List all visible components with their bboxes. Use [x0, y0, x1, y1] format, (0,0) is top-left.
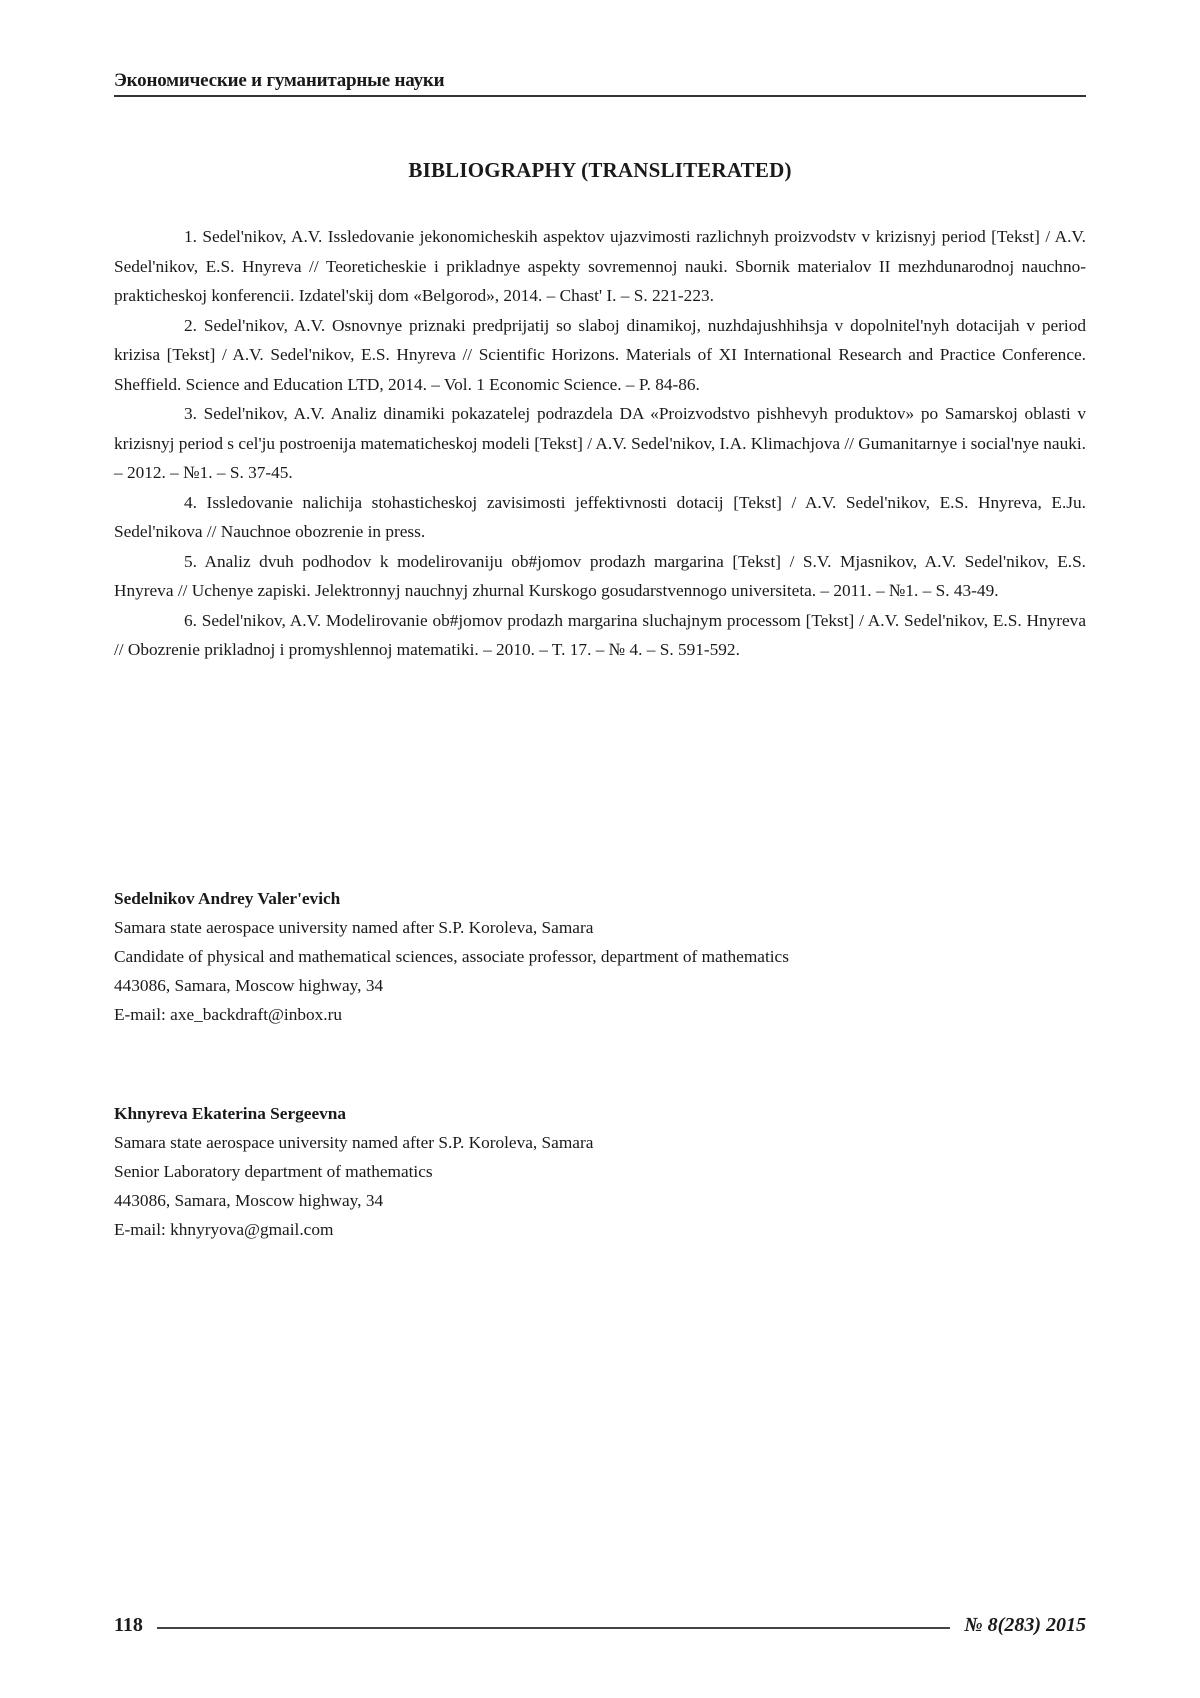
author-block: Khnyreva Ekaterina Sergeevna Samara stat…: [114, 1099, 1014, 1244]
author-name: Sedelnikov Andrey Valer'evich: [114, 884, 1014, 913]
author-block: Sedelnikov Andrey Valer'evich Samara sta…: [114, 884, 1014, 1029]
reference-item: 2. Sedel'nikov, A.V. Osnovnye priznaki p…: [114, 311, 1086, 400]
author-email[interactable]: E-mail: axe_backdraft@inbox.ru: [114, 1000, 1014, 1029]
author-affiliation: Samara state aerospace university named …: [114, 913, 1014, 942]
author-name: Khnyreva Ekaterina Sergeevna: [114, 1099, 1014, 1128]
author-address: 443086, Samara, Moscow highway, 34: [114, 1186, 1014, 1215]
author-position: Senior Laboratory department of mathemat…: [114, 1157, 1014, 1186]
reference-item: 6. Sedel'nikov, A.V. Modelirovanie ob#jo…: [114, 606, 1086, 665]
issue-number: № 8(283) 2015: [964, 1614, 1086, 1637]
author-position: Candidate of physical and mathematical s…: [114, 942, 1014, 971]
running-header: Экономические и гуманитарные науки: [114, 70, 1086, 97]
author-affiliation: Samara state aerospace university named …: [114, 1128, 1014, 1157]
reference-item: 4. Issledovanie nalichija stohastichesko…: [114, 488, 1086, 547]
reference-item: 3. Sedel'nikov, A.V. Analiz dinamiki pok…: [114, 399, 1086, 488]
author-address: 443086, Samara, Moscow highway, 34: [114, 971, 1014, 1000]
reference-item: 5. Analiz dvuh podhodov k modelirovaniju…: [114, 547, 1086, 606]
reference-list: 1. Sedel'nikov, A.V. Issledovanie jekono…: [114, 222, 1086, 665]
page-number: 118: [114, 1614, 143, 1637]
author-email[interactable]: E-mail: khnyryova@gmail.com: [114, 1215, 1014, 1244]
page-footer: 118 № 8(283) 2015: [114, 1610, 1086, 1640]
section-title: BIBLIOGRAPHY (TRANSLITERATED): [0, 158, 1200, 183]
footer-rule: [157, 1627, 950, 1629]
reference-item: 1. Sedel'nikov, A.V. Issledovanie jekono…: [114, 222, 1086, 311]
